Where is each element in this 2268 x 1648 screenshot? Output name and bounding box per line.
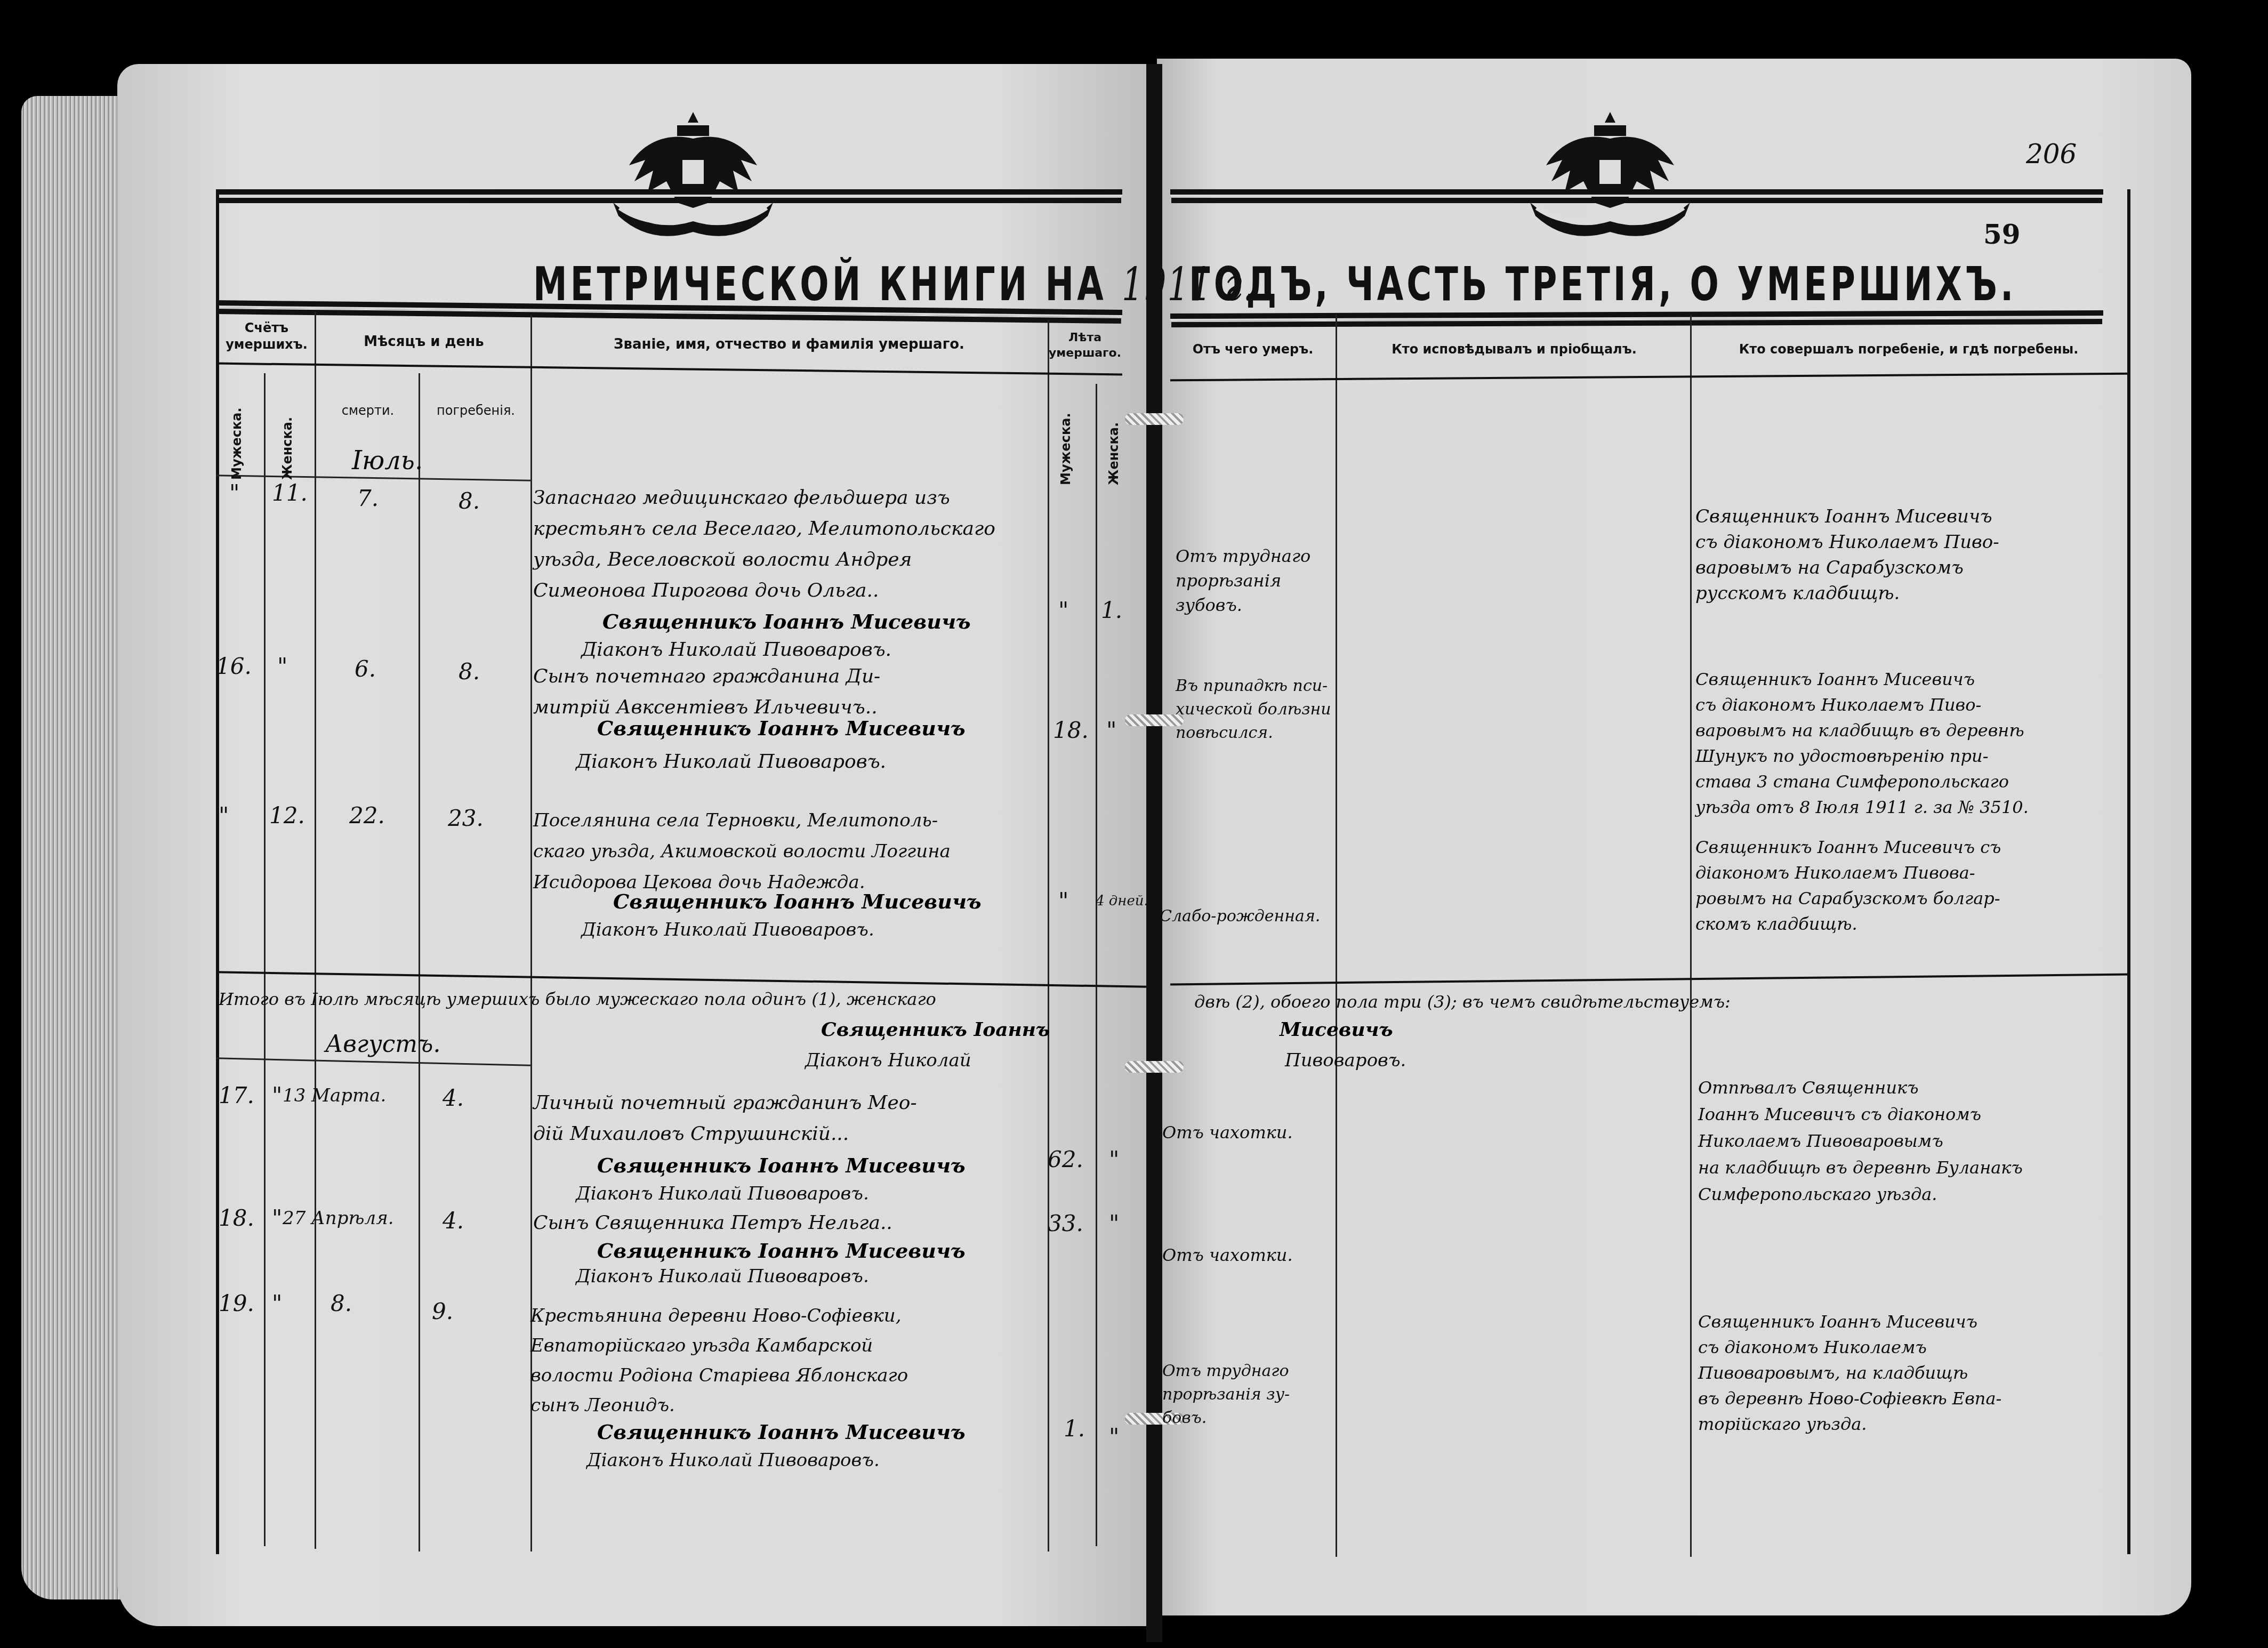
summary-priest-signature: Священникъ Іоаннъ (821, 1016, 1050, 1043)
header-cause: Отъ чего умеръ. (1173, 341, 1333, 358)
burial-info: Священникъ Іоаннъ Мисевичъ съ діакономъ … (1695, 834, 2001, 937)
male-count: 16. (216, 653, 252, 679)
imperial-eagle-emblem-icon (1525, 101, 1695, 240)
age-female: " (1106, 717, 1116, 743)
deceased-name: Поселянина села Терновки, Мелитополь- ск… (533, 805, 951, 898)
age-male: 33. (1048, 1210, 1083, 1236)
cause-of-death: Слабо-рожденная. (1160, 901, 1320, 932)
deceased-name: Личный почетный гражданинъ Мео- дій Миха… (533, 1088, 917, 1149)
binding-thread (1125, 1061, 1184, 1073)
age-male: " (1058, 888, 1068, 914)
col-line (419, 373, 420, 1551)
burial-day: 4. (443, 1208, 464, 1234)
summary-right: двѣ (2), обоего пола три (3); въ чемъ св… (1194, 986, 1731, 1017)
header-count-female: Женска. (280, 389, 295, 480)
col-line (315, 312, 316, 1549)
title-left-text: МЕТРИЧЕСКОЙ КНИГИ НА (533, 259, 1107, 312)
female-count: " (272, 1290, 282, 1316)
cause-of-death: Отъ труднаго прорѣзанія зу- бовъ. (1162, 1360, 1290, 1430)
deceased-name: Сынъ почетнаго гражданина Ди- митрій Авк… (533, 661, 880, 723)
cause-of-death: Отъ чахотки. (1162, 1117, 1293, 1148)
female-count: 12. (269, 802, 305, 829)
burial-info: Священникъ Іоаннъ Мисевичъ съ діакономъ … (1695, 504, 1999, 606)
age-female: 4 дней. (1096, 893, 1148, 909)
age-male: 18. (1053, 717, 1089, 743)
col-line (264, 373, 266, 1546)
header-age-female: Женска. (1106, 395, 1121, 485)
title-right: ГОДЪ, ЧАСТЬ ТРЕТІЯ, О УМЕРШИХЪ. (1189, 259, 2016, 312)
top-rule-left (216, 189, 1122, 197)
title-left: МЕТРИЧЕСКОЙ КНИГИ НА 1911 г. (533, 259, 1255, 312)
burial-info: Священникъ Іоаннъ Мисевичъ съ діакономъ … (1695, 666, 2029, 820)
frame-right (2127, 189, 2130, 1554)
male-count: " (219, 802, 229, 829)
binding-thread (1125, 714, 1184, 726)
imperial-eagle-emblem-icon (608, 101, 778, 240)
month-label-july: Іюль. (352, 445, 423, 476)
deceased-name: Запаснаго медицинскаго фельдшера изъ кре… (533, 483, 995, 606)
burial-day: 9. (432, 1298, 453, 1324)
death-day: 7. (357, 485, 379, 511)
summary-left: Итого въ Іюлѣ мѣсяцѣ умершихъ было мужес… (219, 984, 936, 1015)
summary-deacon-signature: Діаконъ Николай (805, 1045, 971, 1076)
deceased-name: Крестьянина деревни Ново-Софіевки, Евпат… (530, 1301, 908, 1420)
death-day: 6. (355, 656, 376, 682)
cause-of-death: Отъ чахотки. (1162, 1240, 1293, 1271)
deacon-signature: Діаконъ Николай Пивоваровъ. (576, 1178, 869, 1209)
burial-day: 8. (459, 658, 480, 685)
deacon-signature: Діаконъ Николай Пивоваровъ. (586, 1445, 880, 1476)
book-page-edges (21, 96, 128, 1599)
month-label-august: Августъ. (325, 1029, 440, 1060)
header-burial: погребенія. (421, 403, 530, 419)
burial-day: 8. (459, 488, 480, 514)
header-count-male: Мужеска. (229, 384, 244, 480)
male-count: 17. (219, 1082, 254, 1108)
age-male: 1. (1064, 1416, 1085, 1442)
header-death: смерти. (317, 403, 419, 419)
printed-page-number: 59 (1983, 219, 2021, 250)
cause-of-death: Отъ труднаго прорѣзанія зубовъ. (1176, 544, 1310, 617)
col-line (1096, 384, 1097, 1546)
priest-signature: Священникъ Іоаннъ Мисевичъ (613, 888, 982, 915)
header-month-day: Мѣсяцъ и день (317, 333, 530, 351)
deacon-signature: Діаконъ Николай Пивоваровъ. (576, 746, 886, 777)
header-confessor: Кто исповѣдывалъ и пріобщалъ. (1338, 341, 1690, 358)
age-female: " (1109, 1146, 1119, 1172)
male-count: 18. (219, 1205, 254, 1231)
burial-info: Отпѣвалъ Священникъ Іоаннъ Мисевичъ съ д… (1698, 1074, 2023, 1208)
deacon-signature: Діаконъ Николай Пивоваровъ. (581, 914, 874, 945)
cause-of-death: Въ припадкѣ пси- хической болѣзни повѣси… (1176, 674, 1331, 745)
col-line (1336, 315, 1337, 1557)
male-count: 19. (219, 1290, 254, 1316)
female-count: " (272, 1205, 282, 1231)
summary-deacon-signature-cont: Пивоваровъ. (1285, 1045, 1406, 1076)
death-day: 8. (331, 1290, 352, 1316)
col-line (1690, 315, 1692, 1557)
male-count: " (229, 480, 239, 506)
deceased-name: Сынъ Священника Петръ Нельга.. (533, 1208, 892, 1239)
header-burier: Кто совершалъ погребеніе, и гдѣ погребен… (1693, 341, 2125, 358)
frame-left (216, 189, 219, 1554)
handwritten-folio-number: 206 (2026, 139, 2077, 170)
female-count: 11. (272, 480, 308, 506)
age-female: 1. (1101, 597, 1122, 623)
female-count: " (277, 653, 287, 679)
burial-info: Священникъ Іоаннъ Мисевичъ съ діакономъ … (1698, 1309, 2001, 1437)
priest-signature: Священникъ Іоаннъ Мисевичъ (597, 714, 966, 742)
age-male: 62. (1048, 1146, 1083, 1172)
female-count: " (272, 1082, 282, 1108)
age-male: " (1058, 597, 1068, 623)
priest-signature: Священникъ Іоаннъ Мисевичъ (597, 1418, 966, 1446)
priest-signature: Священникъ Іоаннъ Мисевичъ (602, 608, 971, 636)
priest-signature: Священникъ Іоаннъ Мисевичъ (597, 1152, 966, 1179)
burial-day: 4. (443, 1085, 464, 1111)
deacon-signature: Діаконъ Николай Пивоваровъ. (576, 1261, 869, 1292)
header-count: Счётъ умершихъ. (219, 320, 315, 353)
top-rule-right (1170, 189, 2103, 197)
header-name: Званіе, имя, отчество и фамилія умершаго… (533, 336, 1045, 354)
death-day: 13 Марта. (283, 1085, 386, 1106)
col-line (1048, 320, 1049, 1551)
death-day: 27 Апрѣля. (283, 1208, 393, 1229)
burial-day: 23. (448, 805, 484, 831)
age-female: " (1109, 1210, 1119, 1236)
age-female: " (1109, 1424, 1119, 1450)
summary-priest-signature-cont: Мисевичъ (1280, 1016, 1393, 1043)
binding-thread (1125, 413, 1184, 425)
header-age-male: Мужеска. (1058, 395, 1073, 485)
death-day: 22. (349, 802, 385, 829)
header-age: Лѣта умершаго. (1048, 331, 1122, 361)
